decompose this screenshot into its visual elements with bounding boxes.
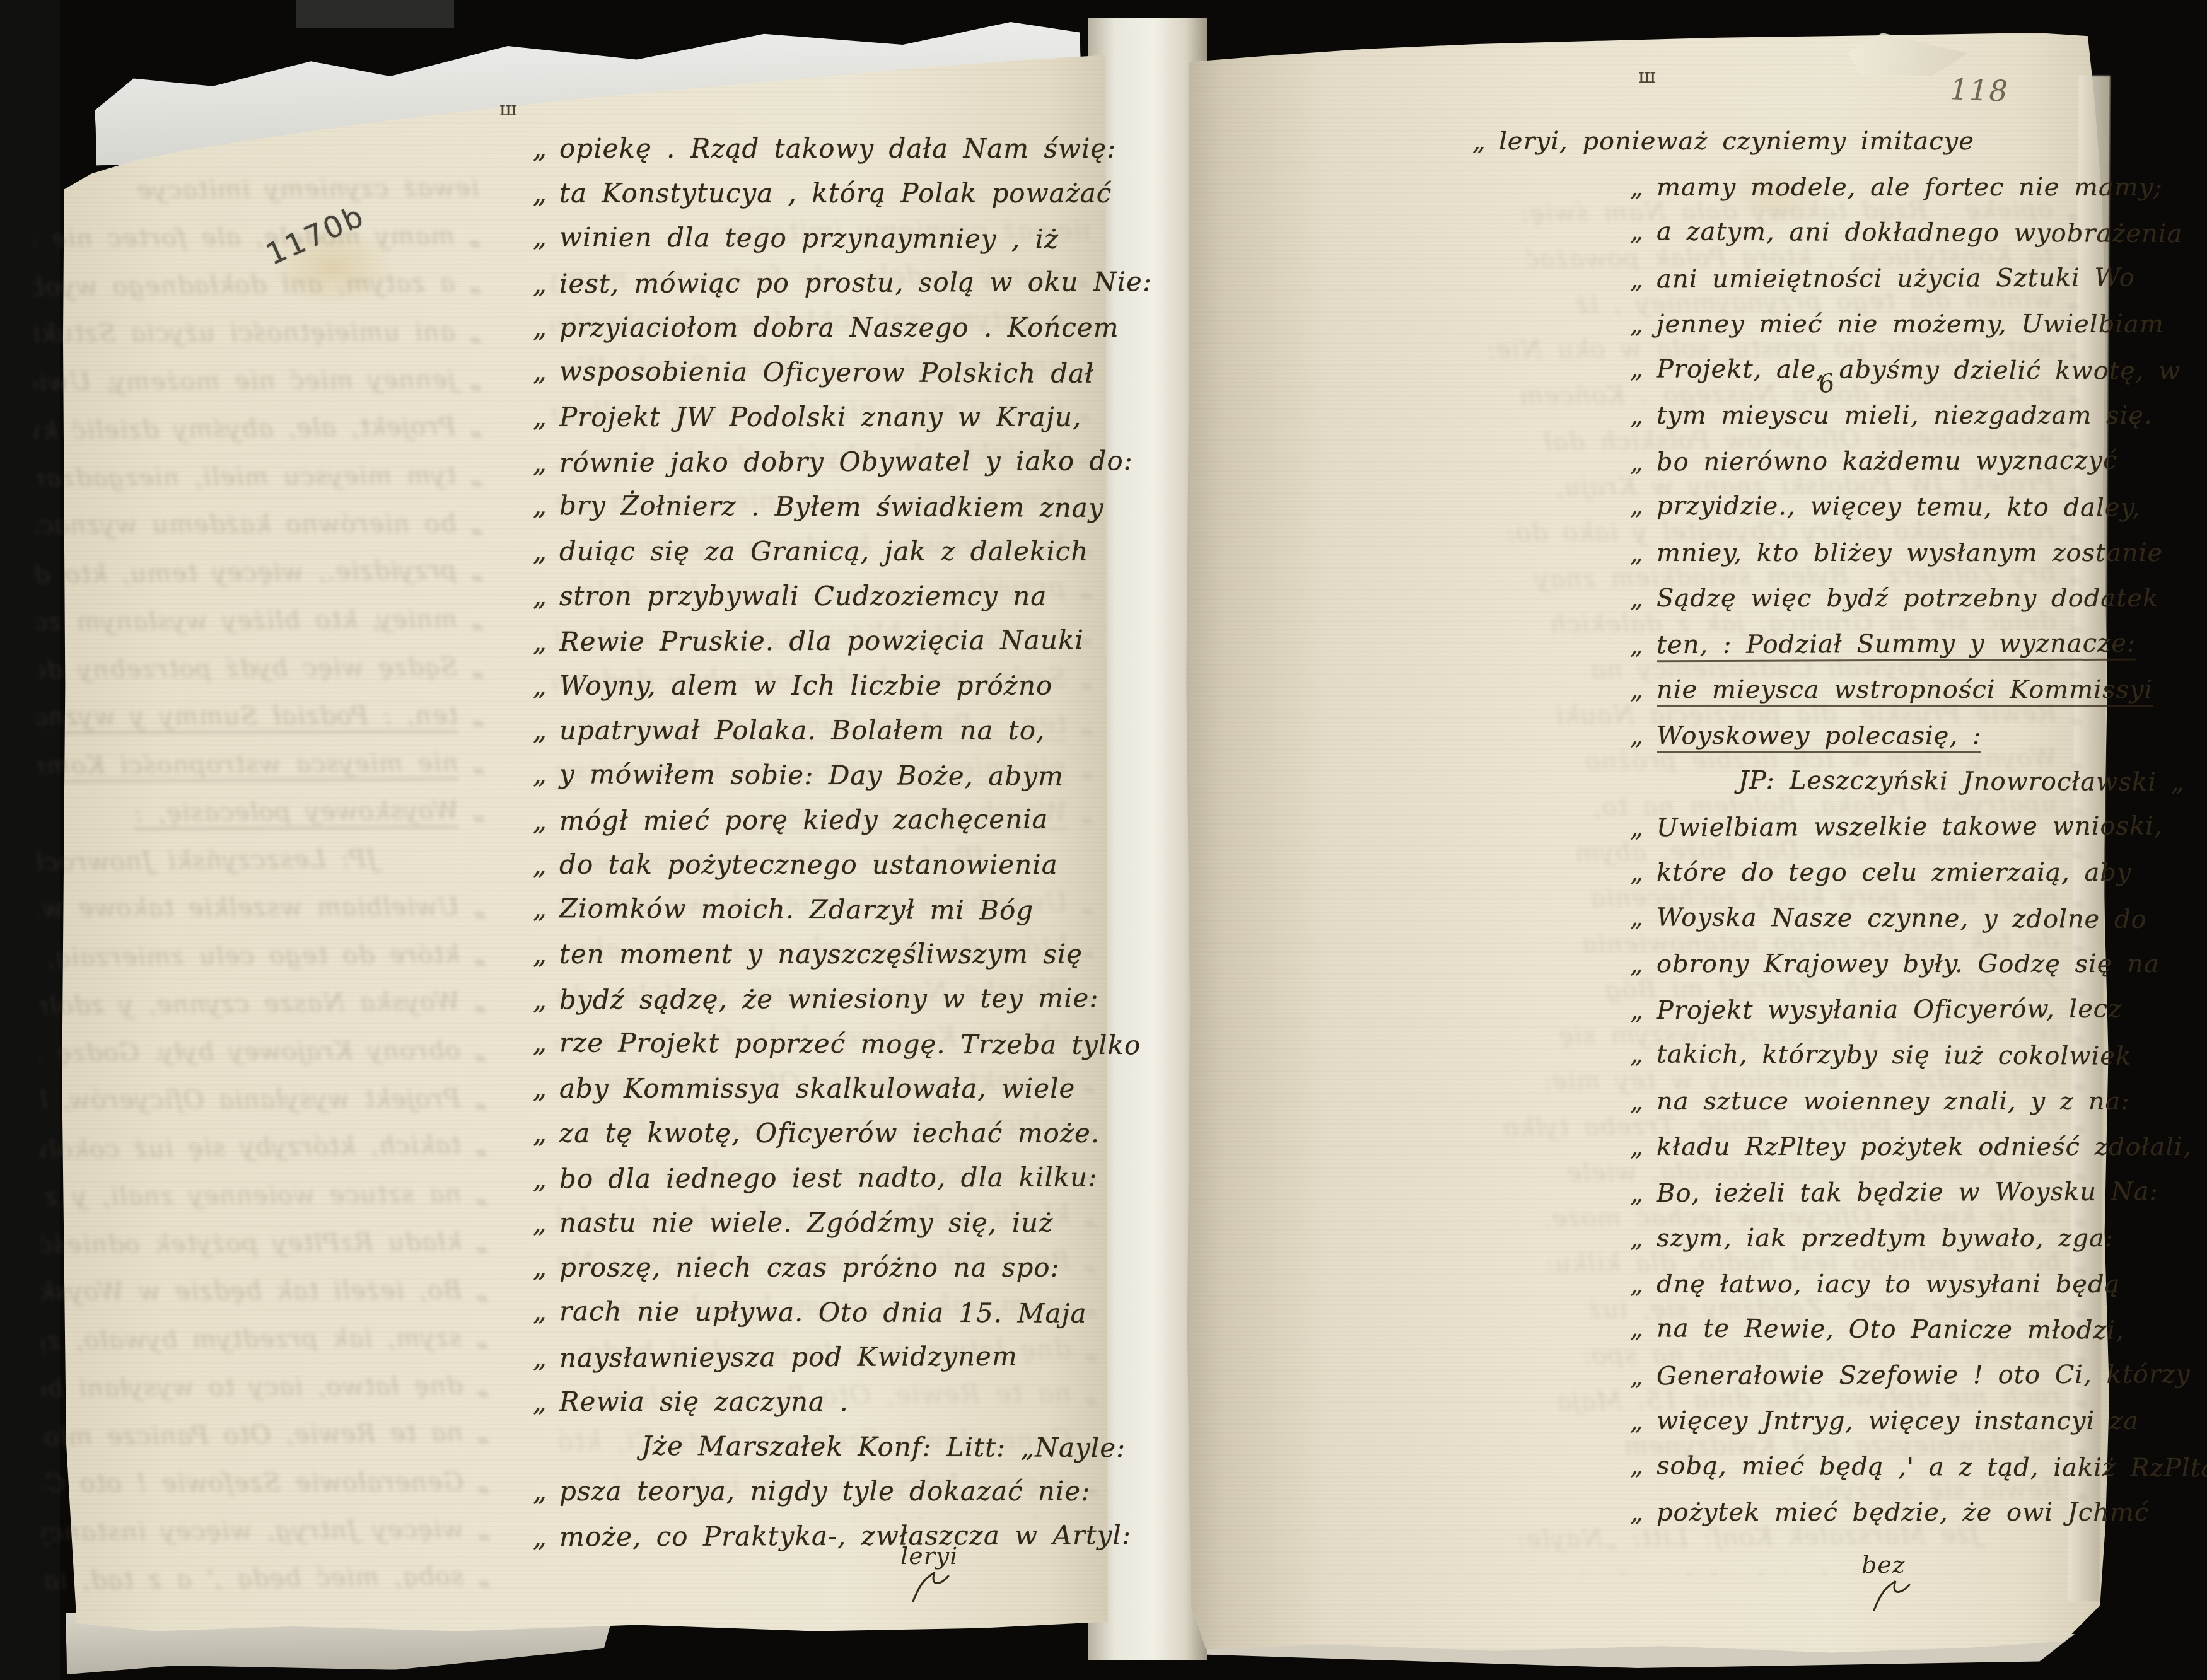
- manuscript-line: „szym, iak przedtym bywało, zga:: [1630, 1215, 2128, 1261]
- manuscript-line: „mniey, kto bliżey wysłanym zostanie: [1630, 530, 2128, 576]
- quote-mark: „: [533, 483, 559, 528]
- ghost-line: „na te Rewie, Oto Panicze młodzi,: [42, 1408, 490, 1461]
- quote-mark: „: [1630, 1443, 1657, 1489]
- manuscript-line: „Projekt wysyłania Oficyerów, lecz: [1630, 986, 2128, 1033]
- catchword-text: bez: [1861, 1551, 1906, 1579]
- ghost-line: „ten, : Podział Summy y wyznacze:: [37, 692, 484, 741]
- ghost-line: „nie mieysca wstropności Kommissyi: [37, 739, 485, 790]
- quote-mark: „: [533, 261, 559, 306]
- manuscript-line: „tym mieyscu mieli, niezgadzam się.: [1630, 393, 2128, 439]
- quote-mark: „: [1630, 530, 1657, 576]
- manuscript-line: „opiekę . Rząd takowy dała Nam świę:: [533, 126, 1100, 171]
- quote-mark: „: [1630, 393, 1657, 439]
- manuscript-line: „ten moment y nayszczęśliwszym się: [533, 932, 1100, 976]
- manuscript-line: „Sądzę więc bydź potrzebny dodatek: [1630, 576, 2128, 622]
- manuscript-line: „Woyskowey polecasię, :: [1630, 713, 2128, 759]
- ghost-line: „jenney mieć nie możemy, Uwielbiam: [34, 356, 482, 407]
- manuscript-line: „może, co Praktyka-, zwłaszcza w Artyl:: [533, 1512, 1100, 1559]
- ghost-line: „Sądzę więc bydź potrzebny dodatek: [36, 643, 484, 694]
- quote-mark: „: [1630, 1031, 1657, 1077]
- pen-flourish-icon: [1870, 1579, 1916, 1615]
- quote-mark: „: [533, 842, 559, 887]
- manuscript-line: „Uwielbiam wszelkie takowe wnioski,: [1630, 803, 2128, 850]
- manuscript-line: „do tak pożytecznego ustanowienia: [533, 842, 1100, 887]
- quote-mark: „: [533, 395, 559, 439]
- quote-mark: „: [1630, 713, 1657, 759]
- quote-mark: „: [533, 1111, 559, 1156]
- right-page-text: „leryi, ponieważ czyniemy imitacye„mamy …: [1630, 119, 2128, 1536]
- quote-mark: „: [1630, 1398, 1657, 1444]
- manuscript-line: „bo nierówno każdemu wyznaczyć: [1630, 437, 2128, 485]
- quote-mark: „: [1630, 346, 1657, 392]
- manuscript-line: „nastu nie wiele. Zgódźmy się, iuż: [533, 1200, 1100, 1245]
- ghost-line: „Projekt, ale, abyśmy dzielić kwotę, w: [35, 402, 483, 455]
- quote-mark: „: [533, 1514, 559, 1559]
- manuscript-line: „psza teorya, nigdy tyle dokazać nie:: [533, 1469, 1100, 1514]
- manuscript-line: „leryi, ponieważ czyniemy imitacye: [1472, 119, 2128, 165]
- ghost-line: „bo nierówno każdemu wyznaczyć: [35, 500, 483, 549]
- catchword: leryi: [900, 1542, 958, 1606]
- manuscript-line: „równie jako dobry Obywatel y iako do:: [533, 438, 1100, 485]
- manuscript-line: „Projekt JW Podolski znany w Kraju,: [533, 395, 1100, 439]
- manuscript-line: „takich, którzyby się iuż cokolwiek: [1630, 1031, 2128, 1079]
- manuscript-line: „mamy modele, ale fortec nie mamy;: [1630, 165, 2128, 211]
- manuscript-line: „dnę łatwo, iacy to wysyłani będą: [1630, 1261, 2128, 1307]
- quote-mark: „: [1472, 119, 1499, 165]
- manuscript-line: „upatrywał Polaka. Bolałem na to,: [533, 708, 1100, 753]
- manuscript-line: „Generałowie Szefowie ! oto Ci, którzy: [1630, 1352, 2128, 1399]
- ghost-line: JP: Leszczyński Jnowrocławski „: [37, 833, 486, 886]
- bleedthrough-ghost-text: „leryi, ponieważ czyniemy imitacye„mamy …: [33, 164, 491, 1592]
- quote-mark: „: [533, 708, 559, 753]
- manuscript-line: „Woyska Nasze czynne, y zdolne do: [1630, 895, 2128, 942]
- quote-mark: „: [533, 1200, 559, 1245]
- pen-flourish-icon: [909, 1570, 955, 1606]
- ghost-line: „Woyska Nasze czynne, y zdolne do: [38, 977, 487, 1030]
- manuscript-line: „Ziomków moich. Zdarzył mi Bóg: [533, 886, 1100, 933]
- quote-mark: „: [1630, 850, 1657, 896]
- manuscript-line: „więcey Jntryg, więcey instancyi za: [1630, 1398, 2128, 1444]
- quote-mark: „: [533, 798, 559, 843]
- ghost-line: „obrony Krajowey były. Godzę się na: [39, 1026, 487, 1077]
- manuscript-line: „Woyny, alem w Ich liczbie próżno: [533, 663, 1100, 708]
- quote-mark: „: [1630, 1124, 1657, 1170]
- manuscript-line: „nie mieysca wstropności Kommissyi: [1630, 667, 2128, 713]
- left-page-text: „opiekę . Rząd takowy dała Nam świę:„ta …: [533, 126, 1100, 1558]
- quote-mark: „: [1630, 988, 1657, 1034]
- manuscript-line: „rach nie upływa. Oto dnia 15. Maja: [533, 1289, 1100, 1336]
- quote-mark: „: [533, 305, 559, 350]
- ghost-line: „tym mieyscu mieli, niezgadzam się.: [35, 451, 483, 502]
- manuscript-line: „ani umieiętności użycia Sztuki Wo: [1630, 255, 2128, 302]
- manuscript-line: „Projekt, ale, abyśmy dzielić kwotę, w: [1630, 346, 2128, 394]
- catchword-text: leryi: [900, 1542, 958, 1570]
- quote-mark: „: [533, 1020, 559, 1065]
- quote-mark: „: [533, 932, 559, 976]
- manuscript-line: „Rewie Pruskie. dla powzięcia Nauki: [533, 617, 1100, 664]
- manuscript-line: „rze Projekt poprzeć mogę. Trzeba tylko: [533, 1020, 1100, 1067]
- quote-mark: „: [533, 440, 559, 485]
- manuscript-line: „bydź sądzę, że wniesiony w tey mie:: [533, 975, 1100, 1022]
- manuscript-line: „iest, mówiąc po prostu, solą w oku Nie:: [533, 259, 1100, 306]
- ghost-line: „na sztuce woienney znali, y z na:: [40, 1170, 488, 1221]
- quote-mark: „: [533, 977, 559, 1022]
- quote-mark: „: [533, 1245, 559, 1290]
- manuscript-line: „naysławnieysza pod Kwidzynem: [533, 1333, 1100, 1380]
- quote-mark: „: [1630, 1171, 1657, 1217]
- sheet-mark: ш: [1638, 66, 1656, 88]
- manuscript-line: „Rewia się zaczyna .: [533, 1379, 1100, 1424]
- quote-mark: „: [1630, 1261, 1657, 1307]
- ghost-line: „leryi, ponieważ czyniemy imitacye: [33, 164, 491, 215]
- quote-mark: „: [1630, 1306, 1657, 1352]
- ghost-line: „Bo, ieżeli tak będzie w Woysku Na:: [40, 1266, 488, 1316]
- manuscript-line: „duiąc się za Granicą, jak z dalekich: [533, 529, 1100, 574]
- quote-mark: „: [1630, 1215, 1657, 1261]
- manuscript-line: „wsposobienia Oficyerow Polskich dał: [533, 349, 1100, 396]
- quote-mark: „: [533, 574, 559, 618]
- catchword: bez: [1861, 1551, 1916, 1615]
- quote-mark: „: [1630, 622, 1657, 668]
- ghost-line: „mamy modele, ale fortec nie mamy;: [33, 212, 482, 263]
- ghost-line: „Uwielbiam wszelkie takowe wnioski,: [38, 883, 486, 932]
- manuscript-line: „Bo, ieżeli tak będzie w Woysku Na:: [1630, 1169, 2128, 1216]
- quote-mark: „: [533, 1379, 559, 1424]
- ghost-line: „takich, którzyby się iuż cokolwiek: [40, 1121, 488, 1174]
- manuscript-line: „winien dla tego przynaymniey , iż: [533, 214, 1100, 262]
- quote-mark: „: [1630, 483, 1657, 529]
- manuscript-line: „kładu RzPltey pożytek odnieść zdołali,: [1630, 1124, 2128, 1170]
- quote-mark: „: [533, 663, 559, 708]
- quote-mark: „: [1630, 667, 1657, 713]
- manuscript-line: JP: Leszczyński Jnowrocławski „: [1630, 757, 2128, 805]
- quote-mark: „: [1630, 1353, 1657, 1399]
- manuscript-line: „na sztuce woienney znali, y z na:: [1630, 1079, 2128, 1125]
- quote-mark: „: [533, 1289, 559, 1333]
- quote-mark: „: [1630, 301, 1657, 347]
- manuscript-line: „mógł mieć porę kiedy zachęcenia: [533, 796, 1100, 843]
- quote-mark: „: [533, 619, 559, 664]
- manuscript-line: Jże Marszałek Konf: Litt: „Nayle:: [533, 1423, 1100, 1470]
- manuscript-line: „przyiaciołom dobra Naszego . Końcem: [533, 305, 1100, 350]
- quote-mark: „: [1630, 439, 1657, 485]
- manuscript-line: „a zatym, ani dokładnego wyobrażenia: [1630, 209, 2128, 257]
- manuscript-line: „obrony Krajowey były. Godzę się na: [1630, 941, 2128, 987]
- manuscript-line: „jenney mieć nie możemy, Uwielbiam: [1630, 301, 2128, 347]
- quote-mark: „: [533, 529, 559, 574]
- manuscript-line: „bry Żołnierz . Byłem świadkiem znay: [533, 483, 1100, 530]
- quote-mark: „: [1630, 805, 1657, 851]
- quote-mark: „: [533, 1156, 559, 1201]
- manuscript-scan: „leryi, ponieważ czyniemy imitacye„mamy …: [0, 0, 2207, 1680]
- ghost-line: „ani umieiętności użycia Sztuki Wo: [34, 308, 482, 357]
- ghost-line: „kładu RzPltey pożytek odnieść zdołali,: [40, 1218, 489, 1269]
- manuscript-line: „ta Konstytucya , którą Polak poważać: [533, 171, 1100, 216]
- manuscript-line: „ten, : Podział Summy y wyznacze:: [1630, 620, 2128, 668]
- manuscript-line: „pożytek mieć będzie, że owi Jchmć: [1630, 1490, 2128, 1536]
- ghost-line: „Woyskowey polecasię, :: [37, 787, 486, 838]
- manuscript-line: „y mówiłem sobie: Day Boże, abym: [533, 751, 1100, 799]
- manuscript-line: „za tę kwotę, Oficyerów iechać może.: [533, 1111, 1100, 1156]
- quote-mark: „: [1630, 257, 1657, 303]
- sheet-mark: ш: [499, 98, 517, 120]
- quote-mark: „: [1630, 1079, 1657, 1125]
- quote-mark: „: [533, 751, 559, 796]
- quote-mark: „: [1630, 165, 1657, 211]
- manuscript-line: „proszę, niech czas próżno na spo:: [533, 1245, 1100, 1290]
- ghost-line: „a zatym, ani dokładnego wyobrażenia: [33, 258, 482, 311]
- ghost-line: „Generałowie Szefowie ! oto Ci, którzy: [42, 1458, 490, 1507]
- manuscript-line: „bo dla iednego iest nadto, dla kilku:: [533, 1154, 1100, 1201]
- ghost-line: „przyidzie., więcey temu, kto daley,: [35, 546, 484, 599]
- ghost-line: „dnę łatwo, iacy to wysyłani będą: [41, 1362, 489, 1413]
- ghost-line: „Projekt wysyłania Oficyerów, lecz: [39, 1075, 487, 1124]
- quote-mark: „: [533, 171, 559, 216]
- ghost-line: „szym, iak przedtym bywało, zga:: [41, 1314, 489, 1365]
- ghost-line: „mniey, kto bliżey wysłanym zostanie: [36, 595, 484, 646]
- quote-mark: „: [533, 349, 559, 393]
- manuscript-line: „stron przybywali Cudzoziemcy na: [533, 574, 1100, 618]
- manuscript-line: „aby Kommissya skalkulowała, wiele: [533, 1066, 1100, 1111]
- scanner-background-patch: [296, 0, 454, 28]
- quote-mark: „: [533, 214, 559, 259]
- page-number: 118: [1949, 72, 2010, 108]
- ghost-line: „więcey Jntryg, więcey instancyi za: [42, 1505, 491, 1556]
- ghost-line: „sobą, mieć będą ,' a z tąd, iakiż RzPlt…: [42, 1552, 491, 1592]
- quote-mark: „: [1630, 209, 1657, 255]
- quote-mark: „: [533, 126, 559, 171]
- quote-mark: „: [1630, 895, 1657, 941]
- quote-mark: „: [533, 886, 559, 930]
- manuscript-line: „sobą, mieć będą ,' a z tąd, iakiż RzPlt…: [1630, 1443, 2128, 1491]
- quote-mark: „: [1630, 576, 1657, 622]
- quote-mark: „: [533, 1066, 559, 1111]
- manuscript-line: „na te Rewie, Oto Panicze młodzi,: [1630, 1306, 2128, 1353]
- quote-mark: „: [1630, 941, 1657, 987]
- quote-mark: „: [533, 1335, 559, 1380]
- manuscript-line: „które do tego celu zmierzaią, aby: [1630, 850, 2128, 896]
- quote-mark: „: [533, 1469, 559, 1514]
- quote-mark: „: [1630, 1490, 1657, 1536]
- manuscript-line: „przyidzie., więcey temu, kto daley,: [1630, 483, 2128, 531]
- ghost-line: „które do tego celu zmierzaią, aby: [38, 930, 487, 982]
